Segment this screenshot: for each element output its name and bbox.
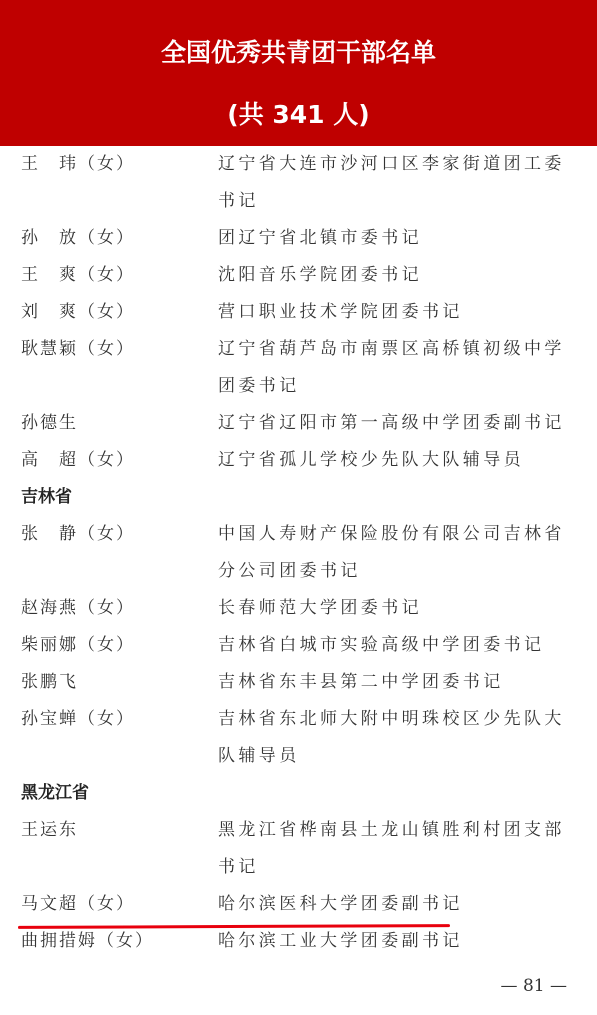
person-name: 王 玮（女）	[21, 146, 135, 183]
list-item: 赵海燕（女） 长春师范大学团委书记	[0, 590, 597, 627]
list-item: 柴丽娜（女） 吉林省白城市实验高级中学团委书记	[0, 627, 597, 664]
list-item: 王 玮（女） 辽宁省大连市沙河口区李家街道团工委书记	[0, 146, 597, 220]
name-list: 王 玮（女） 辽宁省大连市沙河口区李家街道团工委书记 孙 放（女） 团辽宁省北镇…	[0, 146, 597, 960]
person-name: 王 爽（女）	[21, 257, 135, 294]
list-item: 孙 放（女） 团辽宁省北镇市委书记	[0, 220, 597, 257]
person-name: 耿慧颖（女）	[21, 331, 135, 368]
page-number: — 81 —	[501, 976, 567, 996]
person-position: 吉林省白城市实验高级中学团委书记	[218, 627, 578, 664]
person-name: 赵海燕（女）	[21, 590, 135, 627]
person-position: 团辽宁省北镇市委书记	[218, 220, 578, 257]
list-item: 王 爽（女） 沈阳音乐学院团委书记	[0, 257, 597, 294]
person-name: 高 超（女）	[21, 442, 135, 479]
list-item: 耿慧颖（女） 辽宁省葫芦岛市南票区高桥镇初级中学团委书记	[0, 331, 597, 405]
list-item: 刘 爽（女） 营口职业技术学院团委书记	[0, 294, 597, 331]
person-name: 王运东	[21, 812, 78, 849]
province-heading-heilongjiang: 黑龙江省	[0, 775, 597, 812]
person-position: 辽宁省大连市沙河口区李家街道团工委书记	[218, 146, 578, 220]
person-position: 营口职业技术学院团委书记	[218, 294, 578, 331]
person-position: 哈尔滨工业大学团委副书记	[218, 923, 578, 960]
person-position: 吉林省东丰县第二中学团委书记	[218, 664, 578, 701]
person-position: 长春师范大学团委书记	[218, 590, 578, 627]
list-item: 高 超（女） 辽宁省孤儿学校少先队大队辅导员	[0, 442, 597, 479]
person-position: 黑龙江省桦南县土龙山镇胜利村团支部书记	[218, 812, 578, 886]
person-name: 孙宝蝉（女）	[21, 701, 135, 738]
person-position: 辽宁省葫芦岛市南票区高桥镇初级中学团委书记	[218, 331, 578, 405]
page-title: 全国优秀共青团干部名单	[0, 36, 597, 70]
person-name: 孙德生	[21, 405, 78, 442]
province-heading-jilin: 吉林省	[0, 479, 597, 516]
total-count: (共 341 人)	[0, 98, 597, 132]
person-name: 孙 放（女）	[21, 220, 135, 257]
person-position: 哈尔滨医科大学团委副书记	[218, 886, 578, 923]
person-position: 中国人寿财产保险股份有限公司吉林省分公司团委书记	[218, 516, 578, 590]
person-name: 柴丽娜（女）	[21, 627, 135, 664]
person-position: 辽宁省辽阳市第一高级中学团委副书记	[218, 405, 578, 442]
person-name: 张鹏飞	[21, 664, 78, 701]
list-item: 孙宝蝉（女） 吉林省东北师大附中明珠校区少先队大队辅导员	[0, 701, 597, 775]
list-item: 王运东 黑龙江省桦南县土龙山镇胜利村团支部书记	[0, 812, 597, 886]
list-item-highlighted: 马文超（女） 哈尔滨医科大学团委副书记	[0, 886, 597, 923]
title-banner: 全国优秀共青团干部名单 (共 341 人)	[0, 0, 597, 146]
list-item: 张 静（女） 中国人寿财产保险股份有限公司吉林省分公司团委书记	[0, 516, 597, 590]
person-name: 马文超（女）	[21, 886, 135, 923]
person-name: 张 静（女）	[21, 516, 135, 553]
person-position: 沈阳音乐学院团委书记	[218, 257, 578, 294]
person-name: 刘 爽（女）	[21, 294, 135, 331]
person-position: 辽宁省孤儿学校少先队大队辅导员	[218, 442, 578, 479]
list-item: 张鹏飞 吉林省东丰县第二中学团委书记	[0, 664, 597, 701]
list-item: 孙德生 辽宁省辽阳市第一高级中学团委副书记	[0, 405, 597, 442]
person-position: 吉林省东北师大附中明珠校区少先队大队辅导员	[218, 701, 578, 775]
